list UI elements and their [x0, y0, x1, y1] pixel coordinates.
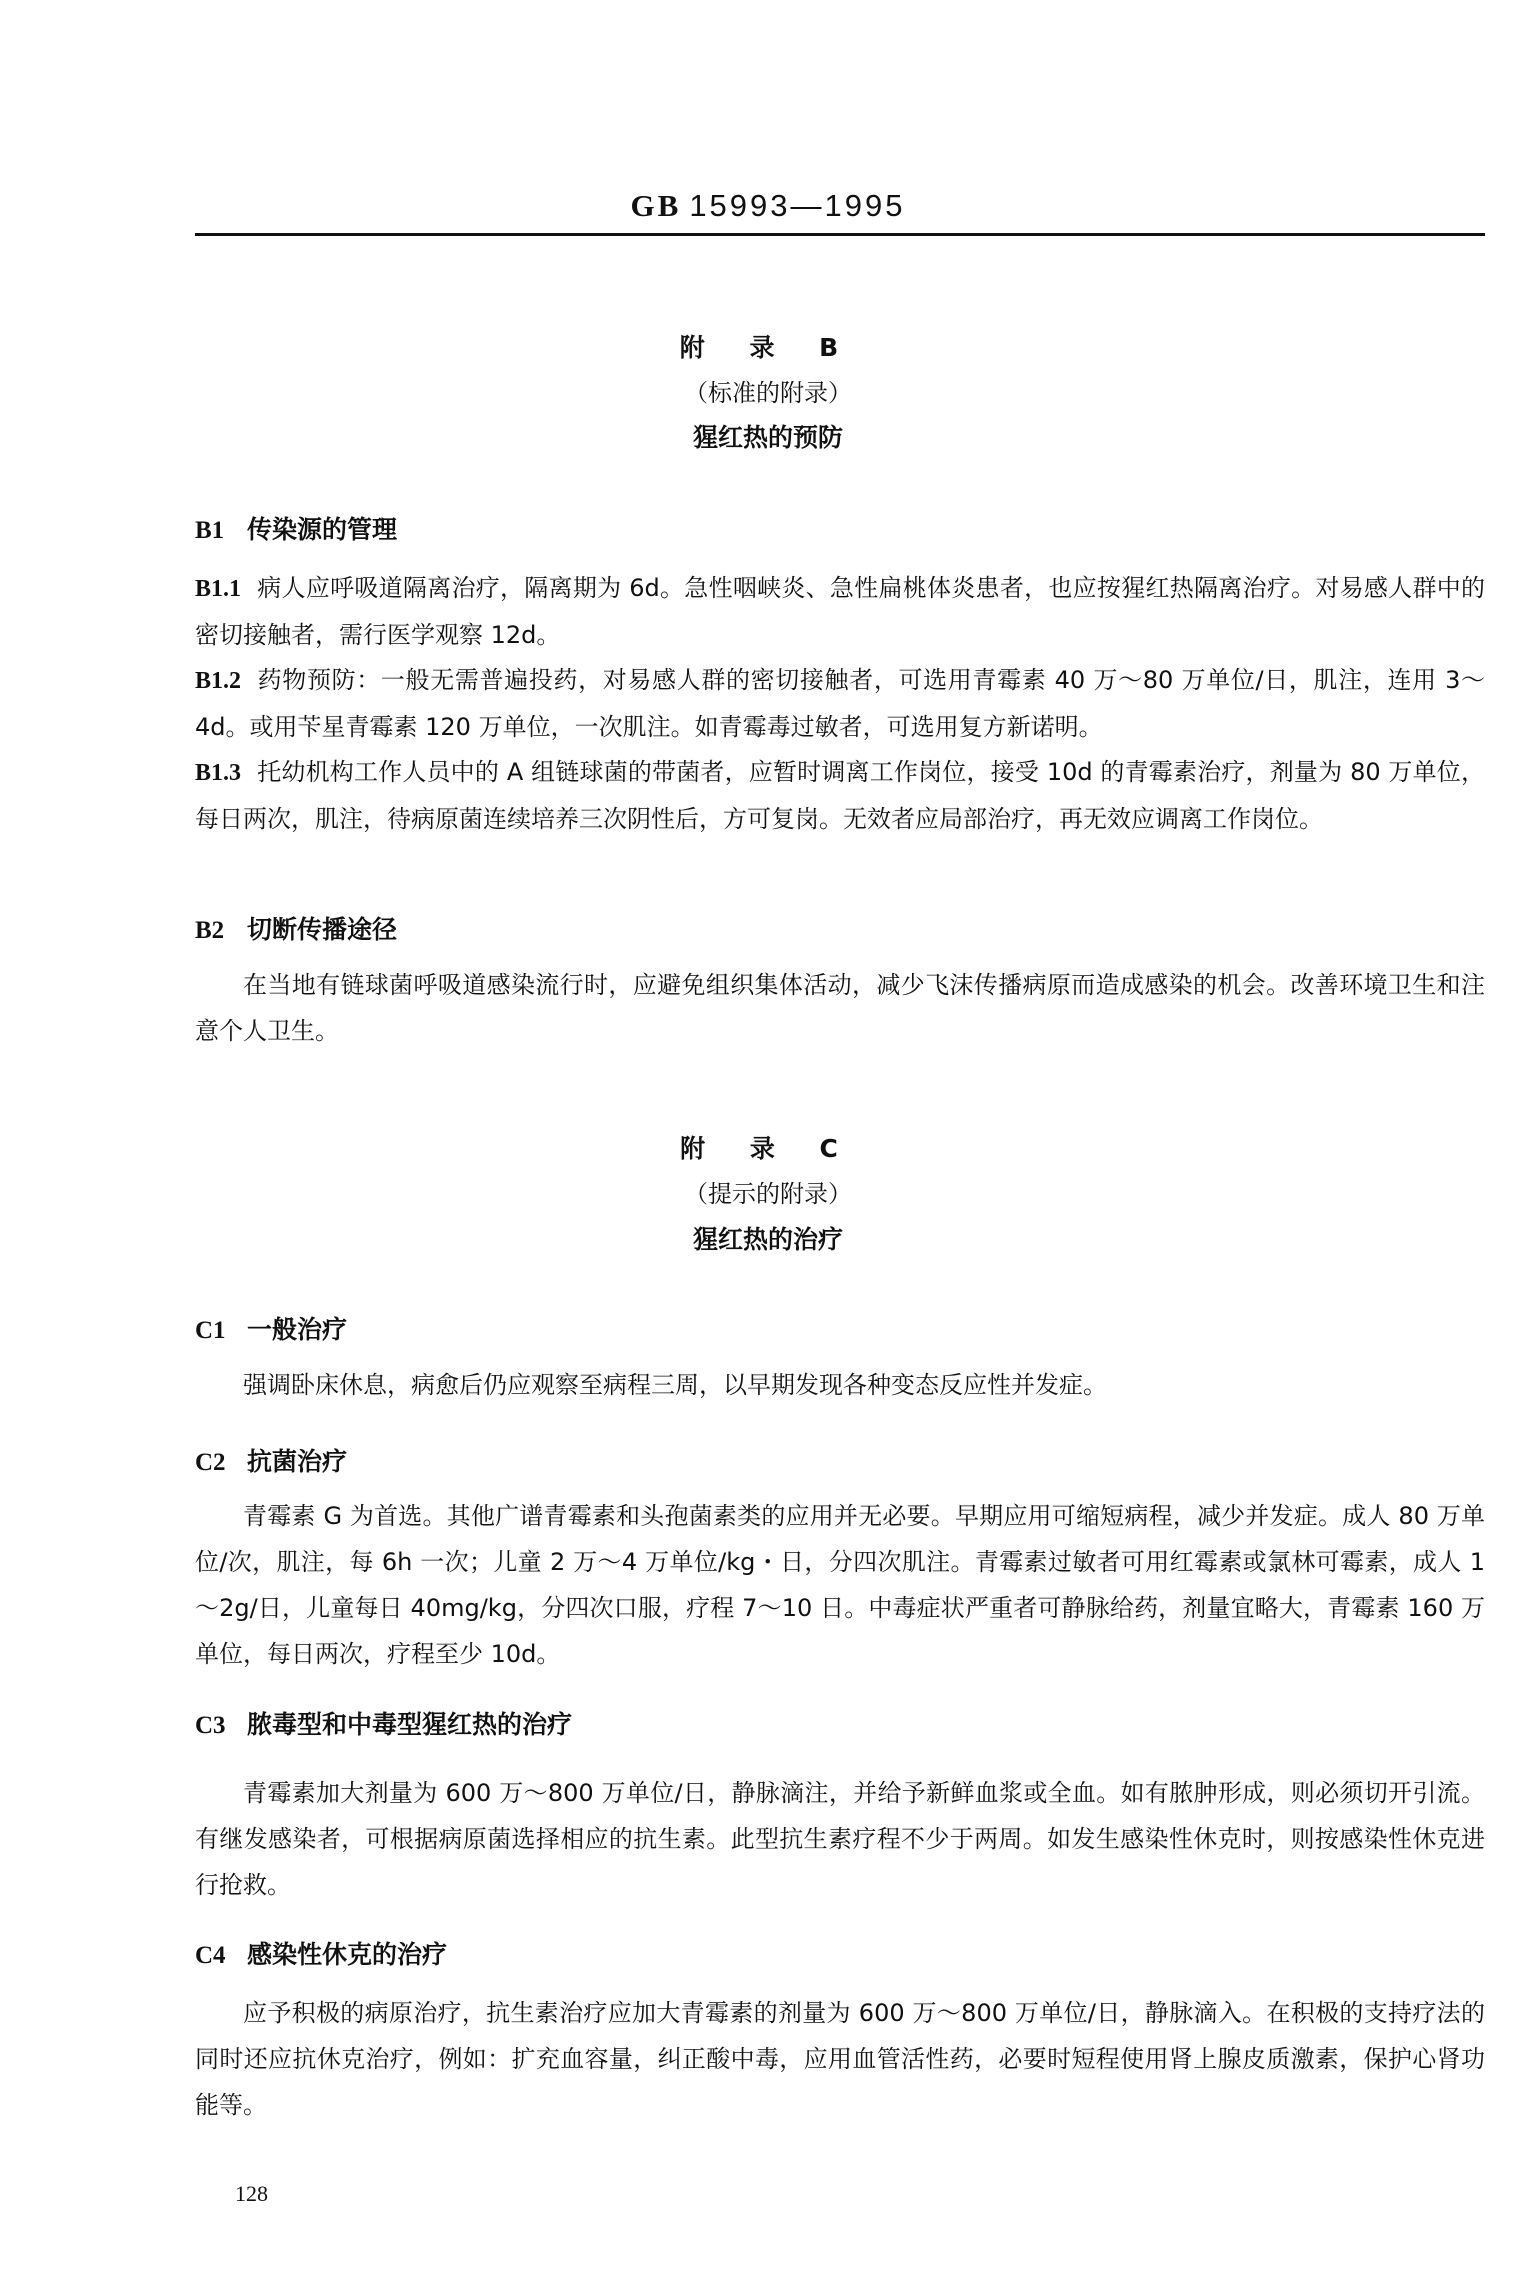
section-title: 感染性休克的治疗 [247, 1940, 447, 1969]
section-number: B1 [195, 517, 247, 545]
clause-text: 病人应呼吸道隔离治疗，隔离期为 6d。急性咽峡炎、急性扁桃体炎患者，也应按猩红热… [195, 574, 1485, 649]
section-title: 切断传播途径 [247, 915, 397, 944]
section-number: C3 [195, 1712, 247, 1740]
standard-prefix: GB [631, 188, 682, 223]
clause-b1-3: B1.3托幼机构工作人员中的 A 组链球菌的带菌者，应暂时调离工作岗位，接受 1… [195, 749, 1485, 842]
section-number: C2 [195, 1449, 247, 1477]
section-title: 传染源的管理 [247, 515, 397, 544]
section-title: 脓毒型和中毒型猩红热的治疗 [247, 1710, 572, 1739]
clause-b1-1: B1.1病人应呼吸道隔离治疗，隔离期为 6d。急性咽峡炎、急性扁桃体炎患者，也应… [195, 565, 1485, 658]
clause-text: 托幼机构工作人员中的 A 组链球菌的带菌者，应暂时调离工作岗位，接受 10d 的… [195, 758, 1485, 833]
section-c2-body: 青霉素 G 为首选。其他广谱青霉素和头孢菌素类的应用并无必要。早期应用可缩短病程… [195, 1493, 1485, 1677]
section-title: 一般治疗 [247, 1315, 347, 1344]
clause-number: B1.2 [195, 668, 241, 694]
section-title: 抗菌治疗 [247, 1447, 347, 1476]
appendix-c-subtitle: （提示的附录） [0, 1174, 1536, 1209]
clause-b1-2: B1.2药物预防：一般无需普遍投药，对易感人群的密切接触者，可选用青霉素 40 … [195, 657, 1485, 750]
section-heading-c2: C2抗菌治疗 [195, 1442, 347, 1478]
section-b2-body: 在当地有链球菌呼吸道感染流行时，应避免组织集体活动，减少飞沫传播病原而造成感染的… [195, 962, 1485, 1054]
section-number: C1 [195, 1317, 247, 1345]
section-heading-c4: C4感染性休克的治疗 [195, 1935, 447, 1971]
section-number: B2 [195, 917, 247, 945]
section-c1-body: 强调卧床休息，病愈后仍应观察至病程三周，以早期发现各种变态反应性并发症。 [195, 1362, 1485, 1408]
page-number: 128 [235, 2181, 268, 2207]
section-c3-body: 青霉素加大剂量为 600 万～800 万单位/日，静脉滴注，并给予新鲜血浆或全血… [195, 1770, 1485, 1908]
document-page: GB15993—1995 附 录 B （标准的附录） 猩红热的预防 B1传染源的… [0, 0, 1536, 2285]
clause-number: B1.1 [195, 576, 241, 602]
section-c4-body: 应予积极的病原治疗，抗生素治疗应加大青霉素的剂量为 600 万～800 万单位/… [195, 1990, 1485, 2128]
standard-header: GB15993—1995 [0, 188, 1536, 224]
section-heading-b1: B1传染源的管理 [195, 510, 397, 546]
standard-number: 15993—1995 [689, 188, 905, 223]
appendix-b-subtitle: （标准的附录） [0, 373, 1536, 408]
section-heading-b2: B2切断传播途径 [195, 910, 397, 946]
appendix-b-title: 附 录 B [0, 328, 1536, 364]
appendix-c-name: 猩红热的治疗 [0, 1220, 1536, 1256]
section-heading-c3: C3脓毒型和中毒型猩红热的治疗 [195, 1705, 572, 1741]
appendix-c-title: 附 录 C [0, 1129, 1536, 1165]
clause-text: 药物预防：一般无需普遍投药，对易感人群的密切接触者，可选用青霉素 40 万～80… [195, 666, 1485, 741]
section-number: C4 [195, 1942, 247, 1970]
clause-number: B1.3 [195, 760, 241, 786]
appendix-b-name: 猩红热的预防 [0, 418, 1536, 454]
section-heading-c1: C1一般治疗 [195, 1310, 347, 1346]
header-divider [195, 233, 1485, 236]
